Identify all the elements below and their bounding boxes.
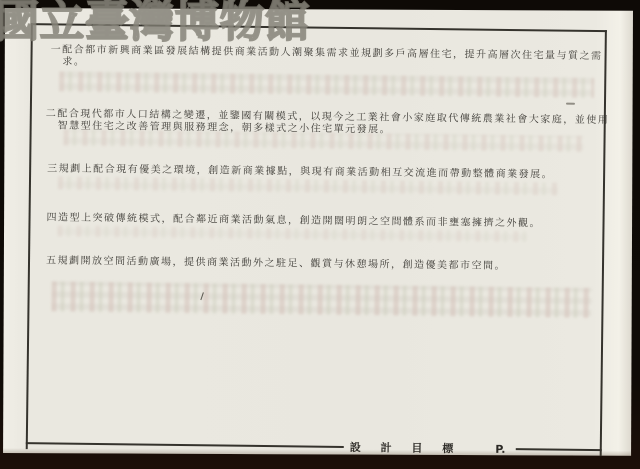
drawing-sheet: 一配合都市新興商業區發展結構提供商業活動人潮聚集需求並規劃多戶高層住宅，提升高層… (26, 23, 607, 456)
title-block-label: 設 計 目 標 (350, 439, 462, 456)
scanned-document-page: 一配合都市新興商業區發展結構提供商業活動人潮聚集需求並規劃多戶高層住宅，提升高層… (0, 0, 640, 469)
title-block-rule-right (515, 448, 601, 451)
stray-dash-mark (566, 103, 575, 105)
page-number-label: P. (495, 442, 505, 455)
paper-sheet: 一配合都市新興商業區發展結構提供商業活動人潮聚集需求並規劃多戶高層住宅，提升高層… (3, 8, 633, 456)
title-block-rule-left (26, 442, 344, 448)
